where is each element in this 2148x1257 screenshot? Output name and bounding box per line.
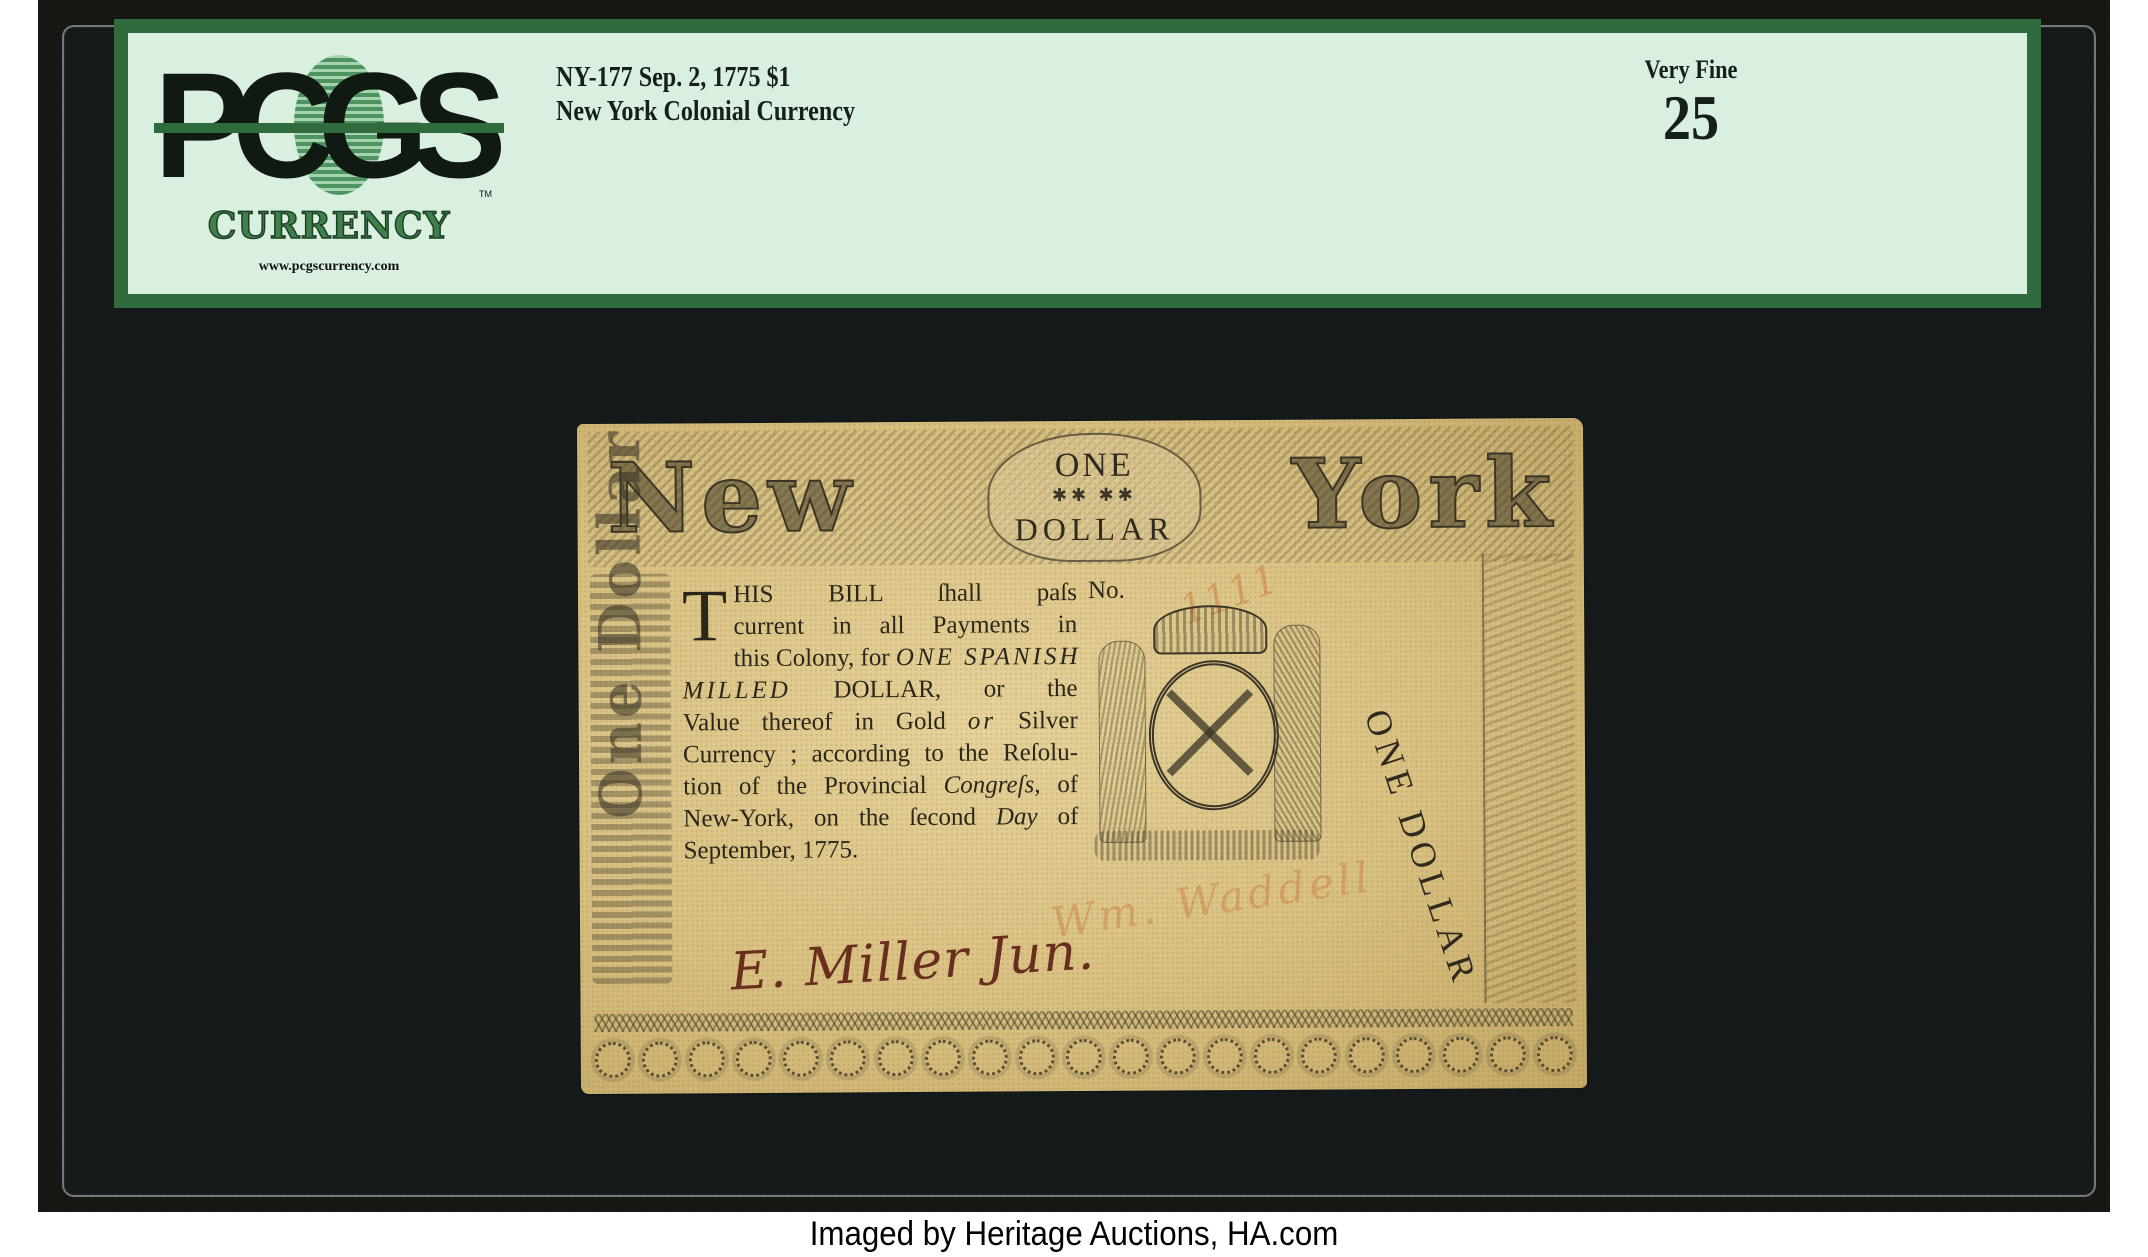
rosette-icon [783, 1041, 819, 1077]
crown-icon [1153, 605, 1267, 655]
body-italic-text: Congreſs [943, 771, 1034, 799]
body-text: Silver [1018, 707, 1078, 734]
body-line: Value thereof in Gold or Silver [683, 705, 1078, 739]
supporter-figure-right [1273, 625, 1321, 842]
logo-currency-text: CURRENCY [154, 205, 504, 247]
body-line: Currency ; according to the Reſolu- [683, 737, 1078, 771]
trademark-mark: TM [479, 189, 492, 199]
rosette-icon [877, 1040, 913, 1076]
body-line: tion of the Provincial Congreſs, of [683, 769, 1078, 803]
rosette-icon [1019, 1039, 1055, 1075]
body-text: DOLLAR, or the [833, 675, 1077, 703]
rosette-icon [830, 1040, 866, 1076]
serial-label: No. [1088, 577, 1125, 605]
body-text: New-York, on the ſecond [683, 804, 976, 833]
website-link: www.pcgscurrency.com [154, 259, 504, 275]
denomination-cartouche: ONE ✱✱ ✱✱ DOLLAR [987, 432, 1202, 562]
body-line: September, 1775. [683, 833, 1078, 867]
rosette-icon [1113, 1039, 1149, 1075]
rosette-icon [1490, 1036, 1526, 1072]
body-italic-text: ONE SPANISH [896, 643, 1081, 671]
label-panel: PCGS TM CURRENCY www.pcgscurrency.com NY… [128, 33, 2027, 294]
left-vertical-text: One Dollar [585, 428, 655, 819]
rosette-icon [1442, 1037, 1478, 1073]
grading-label: PCGS TM CURRENCY www.pcgscurrency.com NY… [114, 19, 2041, 308]
body-line: HIS BILL ſhall paſs [682, 577, 1077, 611]
rosette-icon [642, 1041, 678, 1077]
body-text: of [1057, 803, 1078, 830]
body-line: New-York, on the ſecond Day of [683, 801, 1078, 835]
rosette-icon [1301, 1037, 1337, 1073]
body-text: this Colony, for [734, 644, 890, 672]
pcgs-logo: PCGS TM CURRENCY www.pcgscurrency.com [154, 53, 504, 298]
right-vertical-text: ONE DOLLAR [1356, 704, 1487, 992]
note-catalog-title: NY-177 Sep. 2, 1775 $1 [556, 61, 791, 95]
rosette-icon [1537, 1036, 1573, 1072]
note-description: New York Colonial Currency [556, 95, 855, 129]
body-italic-text: or [968, 708, 996, 735]
body-italic-text: MILLED [683, 677, 791, 705]
body-line: MILLED DOLLAR, or the [683, 673, 1078, 707]
banknote-image: New ONE ✱✱ ✱✱ DOLLAR York One Dollar T H… [577, 418, 1587, 1094]
rosette-icon [971, 1039, 1007, 1075]
note-header-ornament: New ONE ✱✱ ✱✱ DOLLAR York [587, 426, 1574, 567]
rosette-icon [1348, 1037, 1384, 1073]
rosette-icon [595, 1042, 631, 1078]
rosette-icon [1066, 1039, 1102, 1075]
rosette-icon [1395, 1037, 1431, 1073]
dropcap: T [682, 585, 728, 647]
right-border-ornament: ONE DOLLAR [1482, 553, 1577, 1004]
grade-description: Very Fine [1605, 55, 1777, 85]
logo-stripe [154, 123, 504, 133]
image-credit: Imaged by Heritage Auctions, HA.com [86, 1212, 2062, 1257]
body-text: , of [1034, 771, 1078, 798]
note-body-text: T HIS BILL ſhall paſs current in all Pay… [682, 577, 1079, 867]
grade-number: 25 [1603, 83, 1779, 153]
body-italic-text: Day [996, 803, 1038, 830]
coat-of-arms-icon [1093, 605, 1320, 876]
denomination-dollar: DOLLAR [990, 510, 1200, 548]
note-header-york: York [1292, 436, 1558, 551]
rosette-icon [736, 1041, 772, 1077]
star-ornament-icon: ✱✱ ✱✱ [989, 484, 1199, 506]
rosette-icon [689, 1041, 725, 1077]
rosette-icon [1207, 1038, 1243, 1074]
body-line: this Colony, for ONE SPANISH [682, 641, 1077, 675]
body-line: current in all Payments in [682, 609, 1077, 643]
arms-base-ornament [1094, 830, 1319, 861]
signature: E. Miller Jun. [729, 921, 1097, 1002]
rosette-icon [924, 1040, 960, 1076]
denomination-one: ONE [989, 446, 1199, 485]
body-text: tion of the Provincial [683, 772, 927, 800]
lace-border [595, 1008, 1573, 1032]
body-text: Value thereof in Gold [683, 708, 946, 737]
supporter-figure-left [1098, 641, 1146, 843]
rosette-icon [1160, 1038, 1196, 1074]
rosette-border [595, 1030, 1573, 1080]
rosette-icon [1254, 1038, 1290, 1074]
